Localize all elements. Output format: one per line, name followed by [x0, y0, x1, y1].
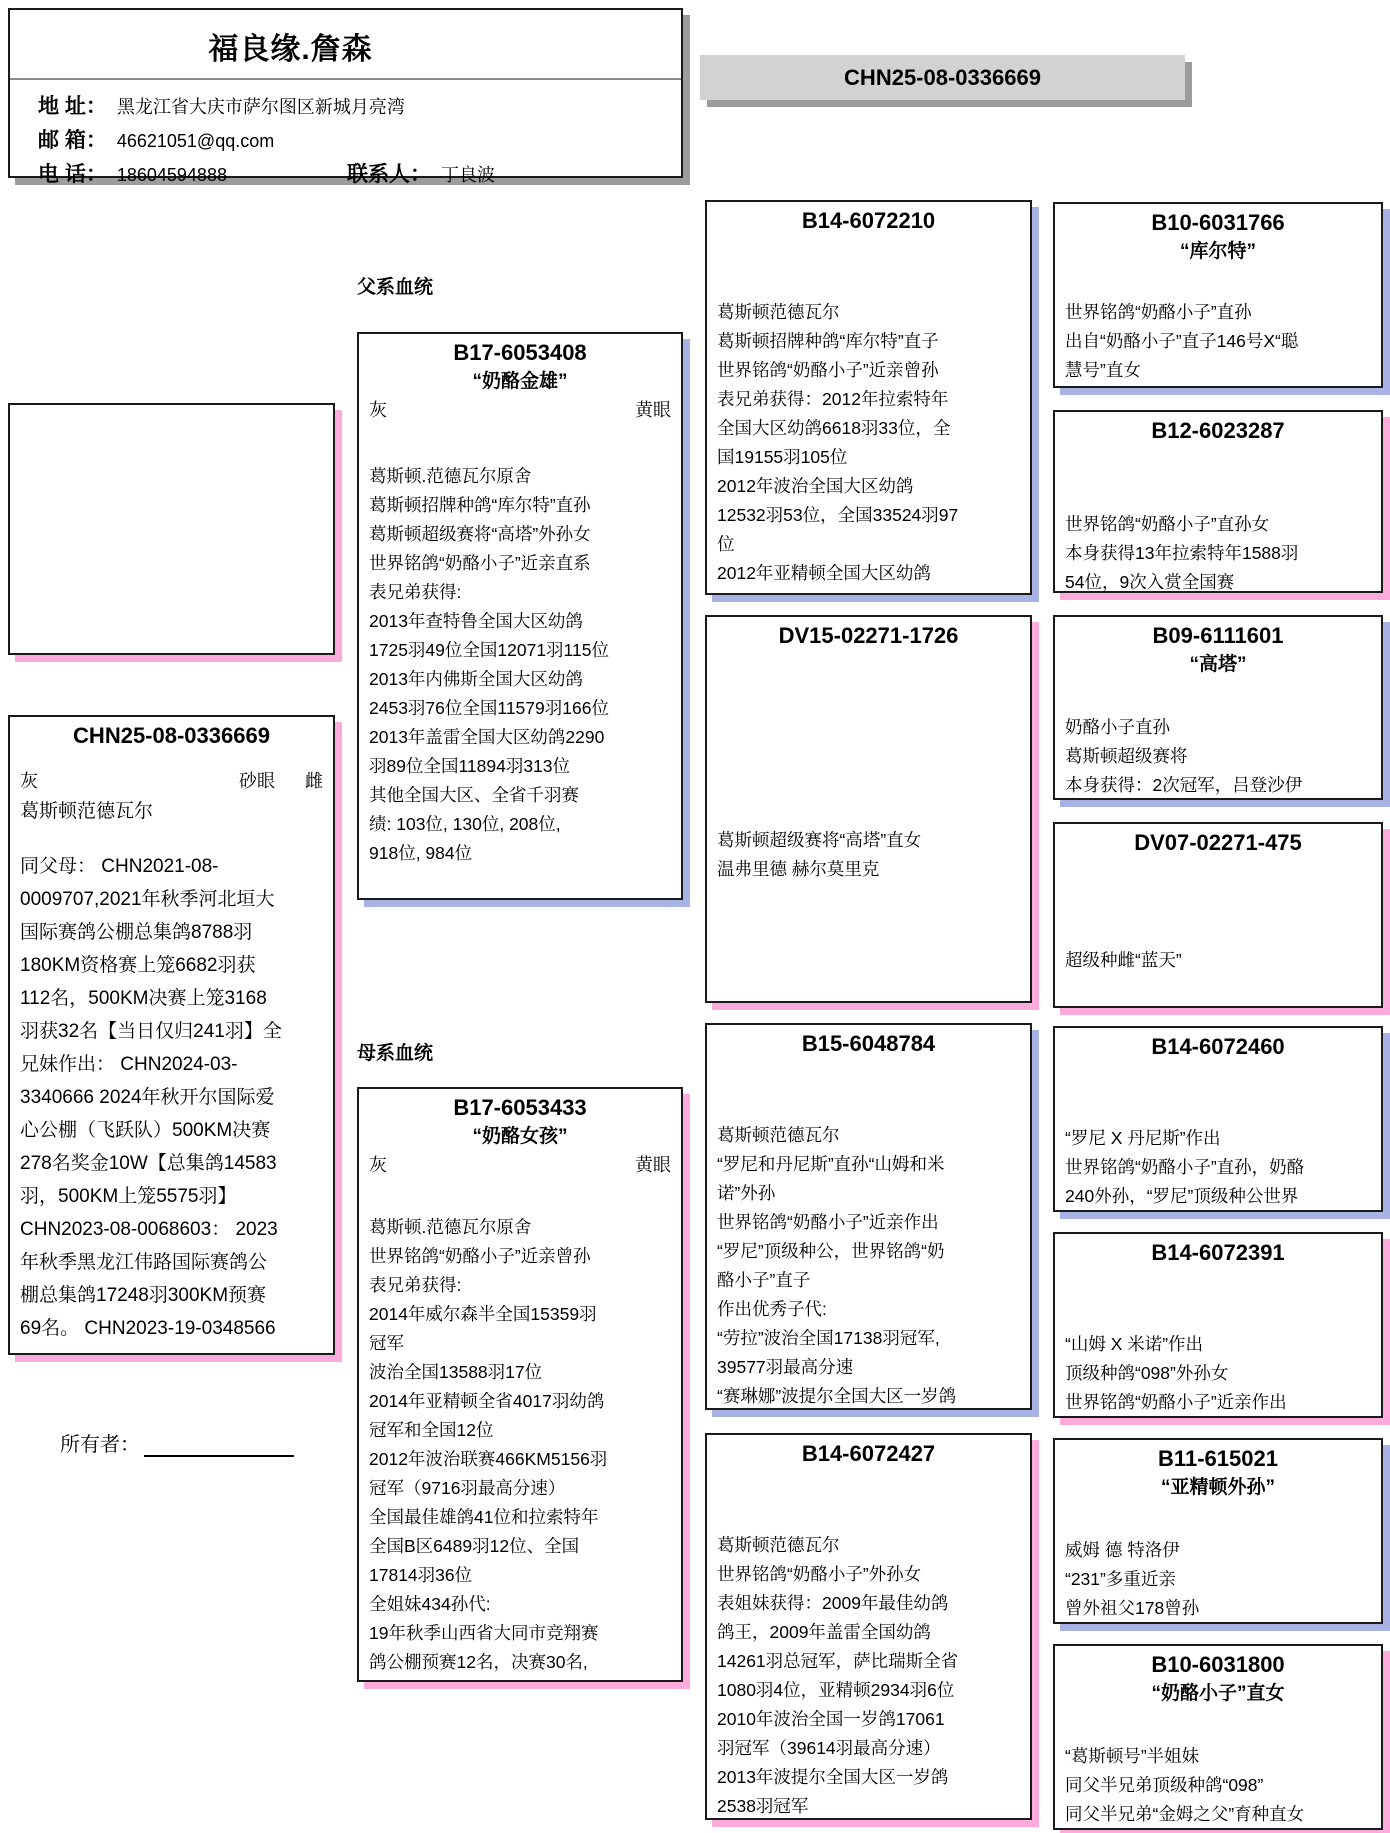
great-grandparent-card-6: B14-6072391 “山姆 X 米诺”作出 顶级种鸽“098”外孙女 世界铭… — [1053, 1232, 1383, 1418]
ring-number: B15-6048784 — [717, 1029, 1020, 1059]
great-grandparent-card-5: B14-6072460 “罗尼 X 丹尼斯”作出 世界铭鸽“奶酪小子”直孙，奶酪… — [1053, 1026, 1383, 1212]
address-value: 黑龙江省大庆市萨尔图区新城月亮湾 — [117, 93, 405, 119]
pedigree-text: 葛斯顿.范德瓦尔原舍 葛斯顿招牌种鸽“库尔特”直孙 葛斯顿超级赛将“高塔”外孙女… — [369, 462, 671, 868]
pedigree-text: 世界铭鸽“奶酪小子”直孙 出自“奶酪小子”直子146号X“聪 慧号”直女 — [1065, 298, 1371, 385]
strain-value: 葛斯顿范德瓦尔 — [20, 795, 323, 828]
ring-number: B14-6072460 — [1065, 1032, 1371, 1062]
pedigree-text: 威姆 德 特洛伊 “231”多重近亲 曾外祖父178曾孙 — [1065, 1536, 1371, 1623]
mother-card: B17-6053433 “奶酪女孩” 灰 黄眼 葛斯顿.范德瓦尔原舍 世界铭鸽“… — [357, 1087, 683, 1682]
color-value: 灰 — [20, 767, 38, 795]
bird-name: “奶酪金雄” — [369, 368, 671, 396]
bird-name: “亚精顿外孙” — [1065, 1474, 1371, 1502]
ring-number: B14-6072427 — [717, 1439, 1020, 1469]
main-bird-card: CHN25-08-0336669 灰 砂眼 雌 葛斯顿范德瓦尔 同父母： CHN… — [8, 715, 335, 1355]
sex-value: 雌 — [305, 767, 323, 795]
bird-name: “奶酪小子”直女 — [1065, 1680, 1371, 1708]
great-grandparent-card-2: B12-6023287 世界铭鸽“奶酪小子”直孙女 本身获得13年拉索特年158… — [1053, 410, 1383, 593]
ring-number: B14-6072210 — [717, 206, 1020, 236]
pedigree-text: 葛斯顿范德瓦尔 葛斯顿招牌种鸽“库尔特”直子 世界铭鸽“奶酪小子”近亲曾孙 表兄… — [717, 298, 1020, 588]
pedigree-text: “罗尼 X 丹尼斯”作出 世界铭鸽“奶酪小子”直孙，奶酪 240外孙，“罗尼”顶… — [1065, 1124, 1371, 1211]
pedigree-text: 葛斯顿.范德瓦尔原舍 世界铭鸽“奶酪小子”近亲曾孙 表兄弟获得: 2014年威尔… — [369, 1213, 671, 1677]
pedigree-text: “山姆 X 米诺”作出 顶级种鸽“098”外孙女 世界铭鸽“奶酪小子”近亲作出 — [1065, 1330, 1371, 1417]
bird-name: “库尔特” — [1065, 238, 1371, 266]
phone-label: 电 话： — [38, 158, 107, 188]
owner-signature-line — [144, 1431, 294, 1457]
contact-value: 丁良波 — [441, 161, 495, 187]
loft-header-card: 福良缘.詹森 地 址： 黑龙江省大庆市萨尔图区新城月亮湾 邮 箱： 466210… — [8, 8, 683, 178]
contact-group: 联系人： 丁良波 — [347, 158, 495, 188]
ring-number: B12-6023287 — [1065, 416, 1371, 446]
ring-number: B17-6053408 — [369, 338, 671, 368]
ring-number: DV07-02271-475 — [1065, 828, 1371, 858]
pedigree-text: 超级种雌“蓝天” — [1065, 946, 1371, 975]
pedigree-text: 葛斯顿超级赛将“高塔”直女 温弗里德 赫尔莫里克 — [717, 826, 1020, 884]
bird-name: “奶酪女孩” — [369, 1123, 671, 1151]
owner-row: 所有者： — [60, 1428, 294, 1457]
paternal-lineage-label: 父系血统 — [357, 272, 433, 299]
phone-row: 电 话： 18604594888 联系人： 丁良波 — [38, 158, 681, 188]
pedigree-text: 葛斯顿范德瓦尔 “罗尼和丹尼斯”直孙“山姆和米 诺”外孙 世界铭鸽“奶酪小子”近… — [717, 1121, 1020, 1410]
ring-number: B10-6031800 — [1065, 1650, 1371, 1680]
ring-number: CHN25-08-0336669 — [20, 721, 323, 751]
bird-meta-row: 灰 黄眼 — [369, 396, 671, 424]
color-value: 灰 — [369, 1151, 387, 1179]
pedigree-text: 同父母： CHN2021-08- 0009707,2021年秋季河北垣大 国际赛… — [20, 850, 323, 1345]
contact-label: 联系人： — [347, 158, 431, 188]
ring-number: B17-6053433 — [369, 1093, 671, 1123]
color-value: 灰 — [369, 396, 387, 424]
great-grandparent-card-8: B10-6031800 “奶酪小子”直女 “葛斯顿号”半姐妹 同父半兄弟顶级种鸽… — [1053, 1644, 1383, 1830]
great-grandparent-card-4: DV07-02271-475 超级种雌“蓝天” — [1053, 822, 1383, 1008]
pedigree-text: “葛斯顿号”半姐妹 同父半兄弟顶级种鸽“098” 同父半兄弟“金姆之父”育种直女 — [1065, 1742, 1371, 1829]
great-grandparent-card-7: B11-615021 “亚精顿外孙” 威姆 德 特洛伊 “231”多重近亲 曾外… — [1053, 1438, 1383, 1624]
pedigree-page: 福良缘.詹森 地 址： 黑龙江省大庆市萨尔图区新城月亮湾 邮 箱： 466210… — [0, 0, 1390, 1833]
email-row: 邮 箱： 46621051@qq.com — [38, 124, 681, 154]
ring-number: B09-6111601 — [1065, 621, 1371, 651]
maternal-lineage-label: 母系血统 — [357, 1038, 433, 1065]
eye-value: 砂眼 — [239, 767, 275, 795]
phone-value: 18604594888 — [117, 165, 227, 186]
grandsire-maternal-card: B15-6048784 葛斯顿范德瓦尔 “罗尼和丹尼斯”直孙“山姆和米 诺”外孙… — [705, 1023, 1032, 1410]
ring-number: B14-6072391 — [1065, 1238, 1371, 1268]
address-label: 地 址： — [38, 90, 107, 120]
bird-meta-row: 灰 黄眼 — [369, 1151, 671, 1179]
ring-number-banner: CHN25-08-0336669 — [700, 55, 1185, 100]
eye-value: 黄眼 — [635, 396, 671, 424]
email-value: 46621051@qq.com — [117, 131, 274, 152]
address-row: 地 址： 黑龙江省大庆市萨尔图区新城月亮湾 — [38, 90, 681, 120]
email-label: 邮 箱： — [38, 124, 107, 154]
granddam-maternal-card: B14-6072427 葛斯顿范德瓦尔 世界铭鸽“奶酪小子”外孙女 表姐妹获得：… — [705, 1433, 1032, 1820]
pedigree-text: 葛斯顿范德瓦尔 世界铭鸽“奶酪小子”外孙女 表姐妹获得：2009年最佳幼鸽 鸽王… — [717, 1531, 1020, 1820]
ring-number: B11-615021 — [1065, 1444, 1371, 1474]
father-card: B17-6053408 “奶酪金雄” 灰 黄眼 葛斯顿.范德瓦尔原舍 葛斯顿招牌… — [357, 332, 683, 900]
eye-value: 黄眼 — [635, 1151, 671, 1179]
loft-contact-info: 地 址： 黑龙江省大庆市萨尔图区新城月亮湾 邮 箱： 46621051@qq.c… — [10, 80, 681, 188]
ring-number: B10-6031766 — [1065, 208, 1371, 238]
bird-meta-row: 灰 砂眼 雌 — [20, 767, 323, 795]
granddam-paternal-card: DV15-02271-1726 葛斯顿超级赛将“高塔”直女 温弗里德 赫尔莫里克 — [705, 615, 1032, 1003]
grandsire-paternal-card: B14-6072210 葛斯顿范德瓦尔 葛斯顿招牌种鸽“库尔特”直子 世界铭鸽“… — [705, 200, 1032, 595]
bird-photo-placeholder — [8, 403, 335, 655]
ring-number: DV15-02271-1726 — [717, 621, 1020, 651]
pedigree-text: 世界铭鸽“奶酪小子”直孙女 本身获得13年拉索特年1588羽 54位，9次入赏全… — [1065, 510, 1371, 593]
owner-label: 所有者： — [60, 1428, 140, 1457]
loft-title: 福良缘.詹森 — [10, 10, 681, 78]
bird-name: “高塔” — [1065, 651, 1371, 679]
pedigree-text: 奶酪小子直孙 葛斯顿超级赛将 本身获得：2次冠军，吕登沙伊 — [1065, 713, 1371, 800]
great-grandparent-card-1: B10-6031766 “库尔特” 世界铭鸽“奶酪小子”直孙 出自“奶酪小子”直… — [1053, 202, 1383, 388]
great-grandparent-card-3: B09-6111601 “高塔” 奶酪小子直孙 葛斯顿超级赛将 本身获得：2次冠… — [1053, 615, 1383, 800]
